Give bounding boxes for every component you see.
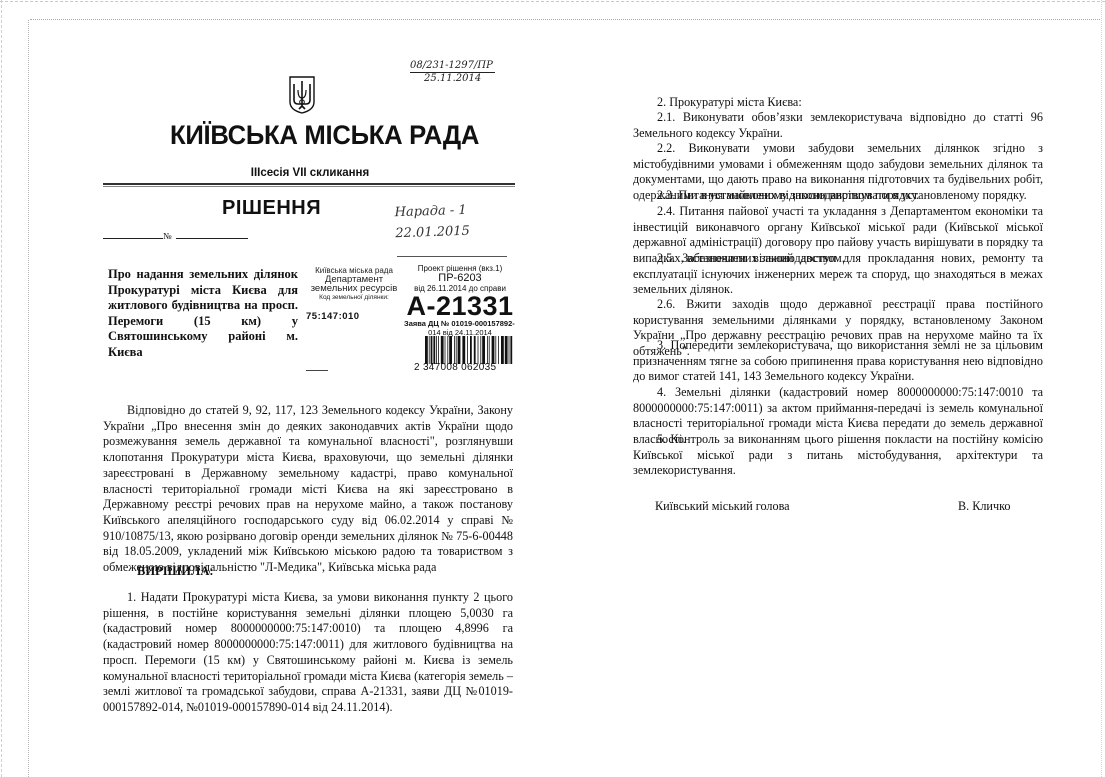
decision-number-line: №: [103, 231, 248, 241]
case-stamp: Проект рішення (вкз.1) ПР-6203 від 26.11…: [400, 264, 520, 337]
stamp-bottom-mark: [306, 370, 328, 371]
item-2-3-text: 2.3. Питання майнових відносин вирішуват…: [657, 188, 1027, 202]
item-5-text: 5. Контроль за виконанням цього рішення …: [633, 432, 1043, 477]
barcode-icon: [425, 336, 513, 364]
item-2-1: 2.1. Виконувати обов’язки землекористува…: [633, 110, 1043, 141]
session-label: ІІІсесія VII скликання: [165, 167, 455, 179]
preamble-paragraph: Відповідно до статей 9, 92, 117, 123 Зем…: [103, 403, 513, 576]
scan-edge-right: [1101, 0, 1102, 777]
item-2-5: 2.5. Забезпечити вільний доступ для прок…: [633, 251, 1043, 298]
land-plot-code: 75:147:010: [306, 311, 360, 322]
document-type-title: РІШЕННЯ: [222, 197, 321, 220]
resolved-heading: ВИРІШИЛА:: [137, 564, 214, 579]
scan-edge-inner-left: [28, 20, 29, 777]
stamp-dept-line3: земельних ресурсів: [308, 284, 400, 293]
scan-edge-top: [0, 1, 1105, 2]
stamp-border-mark: [397, 256, 507, 257]
item-3-text: 3. Попередити землекористувача, що викор…: [633, 338, 1043, 383]
registration-date: 25.11.2014: [410, 73, 495, 85]
item-2-5-text: 2.5. Забезпечити вільний доступ для прок…: [633, 251, 1043, 296]
number-sign: №: [163, 231, 172, 241]
header-divider-thin: [103, 186, 515, 187]
handwritten-note-line2: 22.01.2015: [395, 221, 470, 245]
handwritten-note-line1: Нарада - 1: [394, 200, 469, 224]
decision-subject: Про надання земельних ділянок Прокуратур…: [108, 267, 298, 361]
department-stamp: Київська міська рада Департамент земельн…: [308, 266, 400, 302]
item-2-1-text: 2.1. Виконувати обов’язки землекористува…: [633, 110, 1043, 140]
header-divider: [103, 183, 515, 185]
trident-coat-of-arms-icon: [289, 76, 315, 114]
council-name: КИЇВСЬКА МІСЬКА РАДА: [170, 120, 431, 151]
item-2: 2. Прокуратурі міста Києва:: [633, 95, 1043, 111]
item-1-text: 1. Надати Прокуратурі міста Києва, за ум…: [103, 590, 513, 714]
stamp-dept-line4: Код земельної ділянки:: [308, 293, 400, 302]
scan-edge-inner-top: [30, 19, 1100, 20]
scanned-document-page: 08/231-1297/ПР 25.11.2014 КИЇВСЬКА МІСЬК…: [0, 0, 1105, 777]
case-number: А-21331: [400, 293, 520, 319]
scan-edge-left: [1, 0, 2, 777]
item-2-3: 2.3. Питання майнових відносин вирішуват…: [633, 188, 1043, 204]
application-line1: Заява ДЦ № 01019-000157892-: [400, 319, 520, 328]
item-5: 5. Контроль за виконанням цього рішення …: [633, 432, 1043, 479]
signature-name: В. Кличко: [958, 499, 1010, 514]
preamble-text: Відповідно до статей 9, 92, 117, 123 Зем…: [103, 403, 513, 574]
signature-title: Київський міський голова: [655, 499, 790, 514]
date-blank: [103, 238, 163, 239]
item-1: 1. Надати Прокуратурі міста Києва, за ум…: [103, 590, 513, 716]
registration-number-value: 08/231-1297/ПР: [410, 60, 495, 73]
handwritten-note: Нарада - 1 22.01.2015: [394, 200, 470, 245]
number-blank: [176, 238, 248, 239]
registration-number: 08/231-1297/ПР 25.11.2014: [410, 60, 495, 85]
barcode-number: 2 347008 062035: [414, 362, 496, 373]
item-3: 3. Попередити землекористувача, що викор…: [633, 338, 1043, 385]
item-2-text: 2. Прокуратурі міста Києва:: [657, 95, 802, 109]
stamp-project-number: ПР-6203: [400, 273, 520, 284]
